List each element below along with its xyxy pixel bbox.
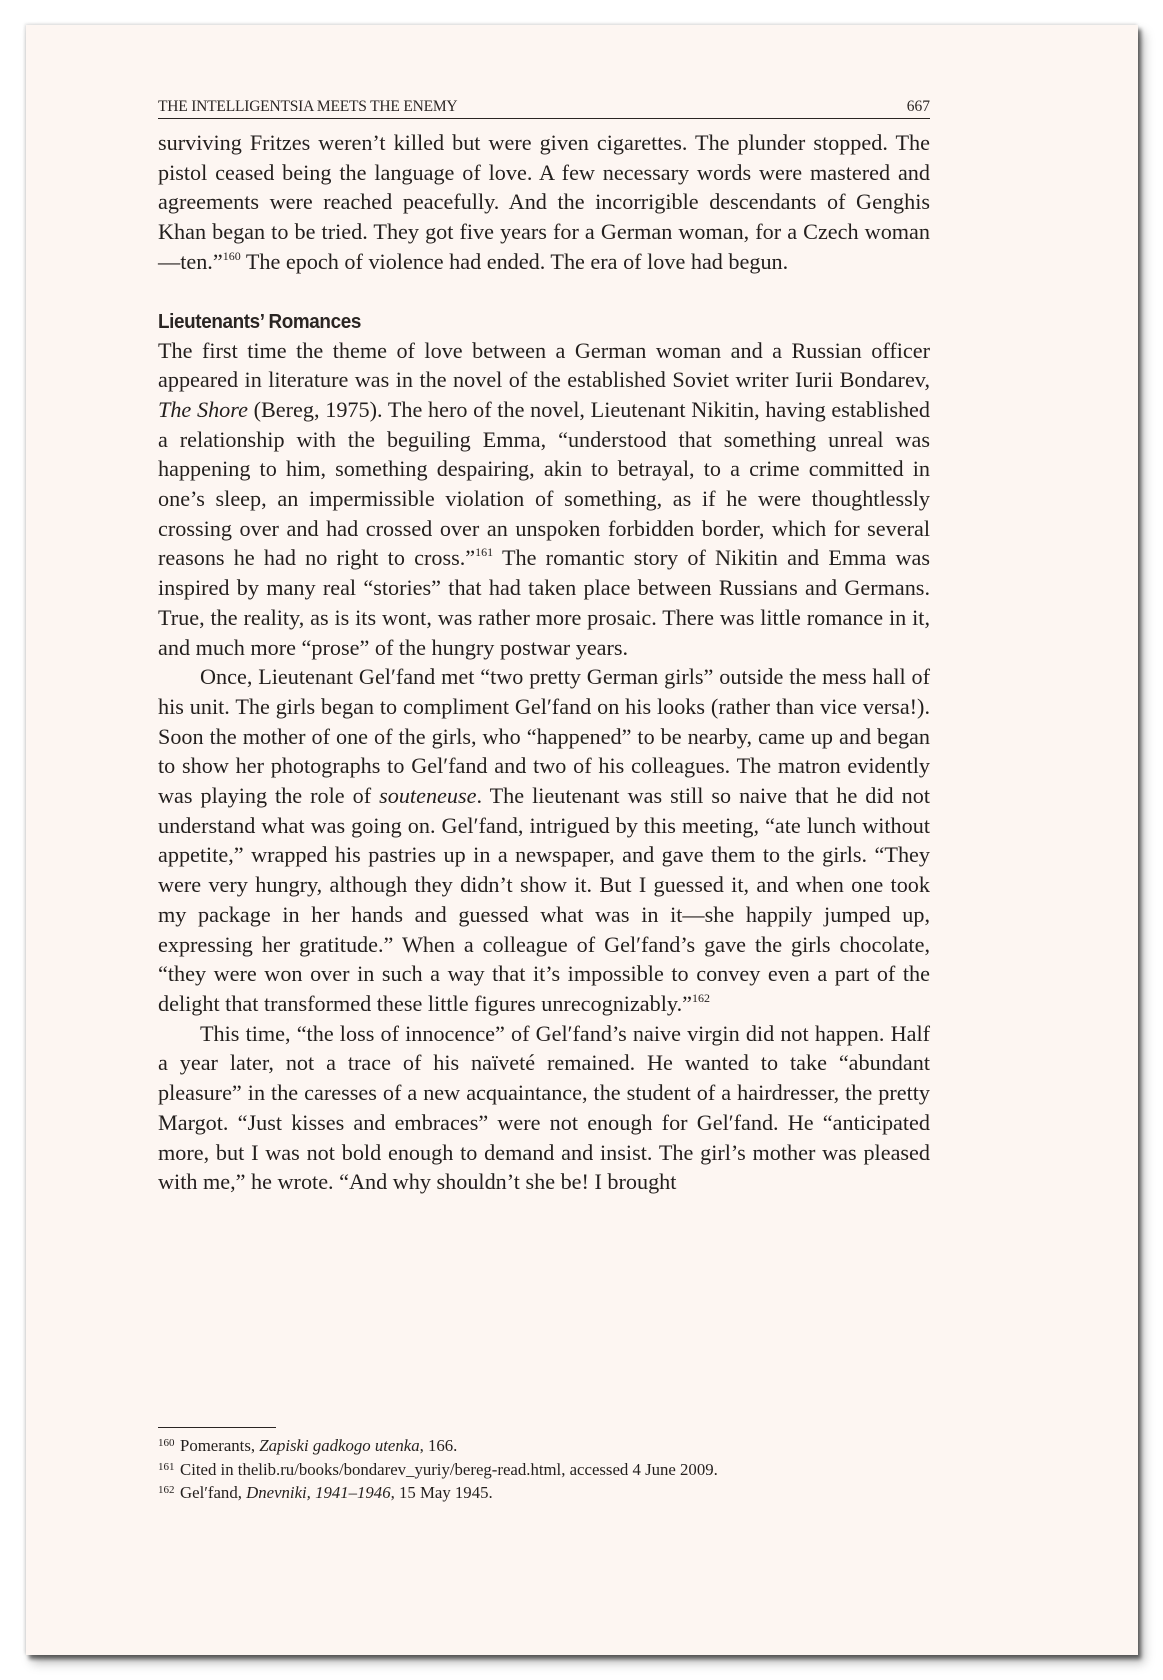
book-page: THE INTELLIGENTSIA MEETS THE ENEMY 667 s… bbox=[26, 25, 1138, 1655]
footnote-number: 160 bbox=[158, 1433, 180, 1455]
paragraph-4: This time, “the loss of innocence” of Ge… bbox=[158, 1019, 930, 1197]
footnote-text: Gel′fand, bbox=[180, 1483, 246, 1502]
footnote-italic-title: Zapiski gadkogo utenka bbox=[259, 1436, 419, 1455]
running-title: THE INTELLIGENTSIA MEETS THE ENEMY bbox=[158, 98, 457, 116]
paragraph-1: surviving Fritzes weren’t killed but wer… bbox=[158, 128, 930, 277]
paragraph-1-text-cont: The epoch of violence had ended. The era… bbox=[241, 249, 789, 274]
body-text: surviving Fritzes weren’t killed but wer… bbox=[158, 128, 930, 1197]
footnote-text-end: , 166. bbox=[420, 1436, 458, 1455]
book-title-italic: The Shore bbox=[158, 397, 248, 422]
footnote-ref-161[interactable]: 161 bbox=[475, 545, 493, 559]
footnote-number: 161 bbox=[158, 1457, 180, 1479]
page-number: 667 bbox=[907, 98, 930, 116]
paragraph-4-text: This time, “the loss of innocence” of Ge… bbox=[158, 1021, 930, 1195]
paragraph-2: The first time the theme of love between… bbox=[158, 336, 930, 663]
footnote-ref-162[interactable]: 162 bbox=[692, 991, 710, 1005]
footnote-text: Cited in thelib.ru/books/bondarev_yuriy/… bbox=[180, 1460, 718, 1479]
paragraph-3: Once, Lieutenant Gel′fand met “two prett… bbox=[158, 662, 930, 1018]
paragraph-2-text: The first time the theme of love between… bbox=[158, 338, 930, 393]
footnote-161: 161Cited in thelib.ru/books/bondarev_yur… bbox=[158, 1457, 958, 1481]
footnote-ref-160[interactable]: 160 bbox=[223, 249, 241, 263]
footnote-text: Pomerants, bbox=[180, 1436, 259, 1455]
footnote-160: 160Pomerants, Zapiski gadkogo utenka, 16… bbox=[158, 1433, 958, 1457]
footnote-162: 162Gel′fand, Dnevniki, 1941–1946, 15 May… bbox=[158, 1480, 958, 1504]
section-heading: Lieutenants’ Romances bbox=[158, 307, 868, 336]
running-head: THE INTELLIGENTSIA MEETS THE ENEMY 667 bbox=[158, 96, 930, 119]
footnotes: 160Pomerants, Zapiski gadkogo utenka, 16… bbox=[158, 1433, 958, 1504]
footnote-number: 162 bbox=[158, 1480, 180, 1502]
footnote-italic-title: Dnevniki, 1941–1946 bbox=[246, 1483, 390, 1502]
footnote-divider bbox=[158, 1427, 276, 1428]
footnote-text-end: , 15 May 1945. bbox=[391, 1483, 493, 1502]
paragraph-3-text-cont: . The lieutenant was still so naive that… bbox=[158, 783, 930, 1016]
italic-term: souteneuse bbox=[379, 783, 476, 808]
